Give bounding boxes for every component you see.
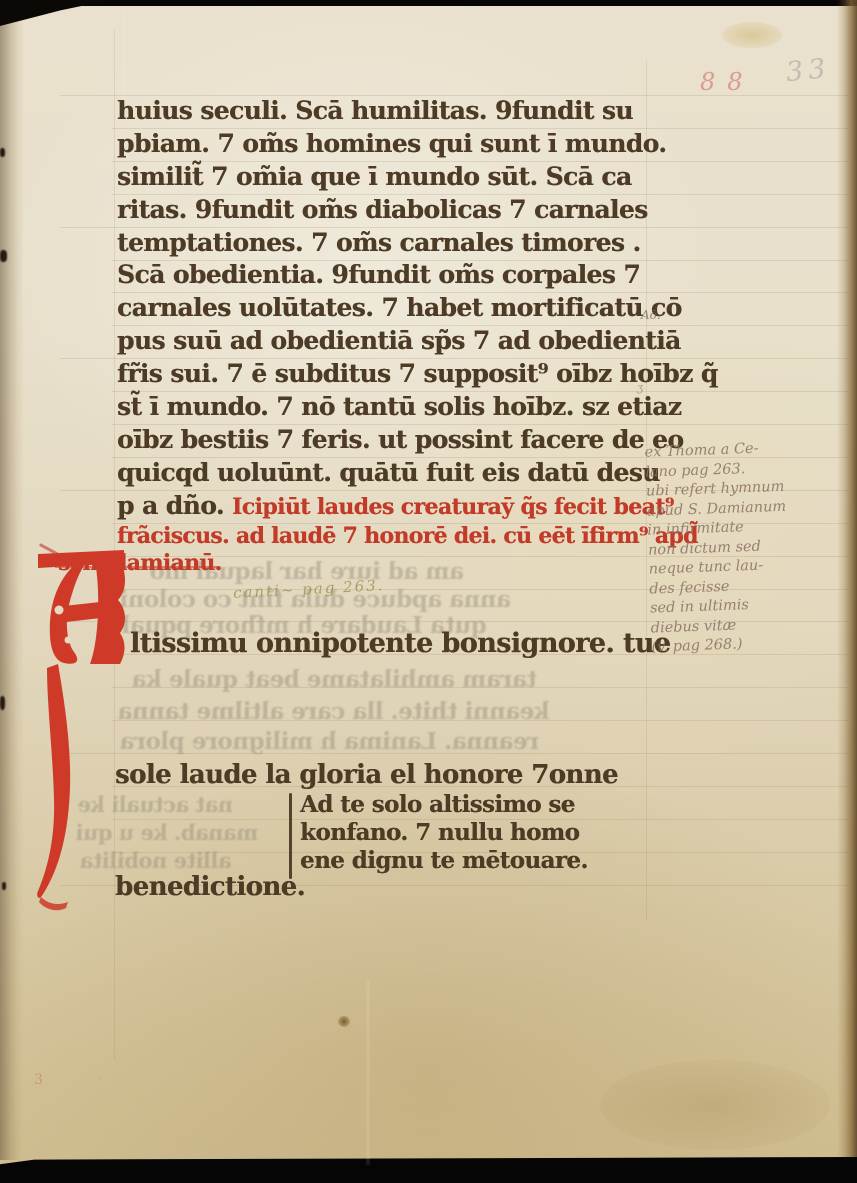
margin-side-mark: Aō. [641,308,661,322]
show-through-line: taram amhilatame beat quale ka [132,666,537,693]
illuminated-initial-A [28,548,128,918]
text-line: fr̃is sui. 7 ē subditus 7 supposit⁹ oībz… [117,358,662,391]
text-line: st̃ ī mundo. 7 nō tantū solis hoībz. sz … [117,391,662,424]
inserted-lines-block: Ad te solo altissimo se konfano. 7 nullu… [300,791,588,875]
stain [600,1060,830,1150]
photo-background-bottom [0,1157,857,1183]
text-line: pbiam. 7 om̃s homines qui sunt ī mundo. [117,128,662,161]
binding-edge [0,0,24,1160]
canticle-inserted-line: ene dignu te mētouare. [300,847,588,875]
text-line: pus suū ad obedientiā sp̃s 7 ad obedient… [117,325,662,358]
show-through-line: reanna. Lanima h milignore plora [120,728,539,755]
ink-stain [338,1016,350,1027]
fold-crease [123,10,125,105]
edge-speck [0,250,7,262]
margin-annotation: ex Thoma a Ce- lano pag 263. ubi refert … [644,436,856,658]
canticle-inserted-line: konfano. 7 nullu homo [300,819,588,847]
quire-dot: · [98,1072,102,1087]
text-line: quicqd uoluūnt. quātū fuit eis datū desu [117,457,662,490]
canticle-first-line: ltissimu onnipotente bonsignore. tue [130,628,670,659]
rubric-line: scm̃ damianū. [58,550,603,577]
text-fragment: p a dño. [117,491,232,520]
rubric-fragment: Icipiūt laudes creaturaȳ q̃s fecit beat⁹ [232,494,674,520]
text-line: temptationes. 7 om̃s carnales timores . [117,227,662,260]
edge-speck [0,696,5,710]
margin-tiny-mark: ʒ [637,381,643,394]
edge-speck [2,882,6,890]
quire-mark: 3 [34,1072,43,1088]
insertion-bracket [289,793,292,879]
text-line: carnales uolūtates. 7 habet mortificatū … [117,292,662,325]
rubric-line: frãciscus. ad laudē 7 honorē dei. cū eēt… [117,523,662,550]
folio-number-red: 88 [700,68,755,96]
folio-number-pencil: 33 [785,53,832,88]
canticle-last-line: benedictione. [115,872,305,902]
show-through-line: keanni thite. lla care altilme tanna [118,698,550,725]
fold-crease [367,980,369,1165]
main-text-block: huius seculi. Scā humilitas. 9fundit su … [117,95,662,577]
stain [722,22,782,48]
manuscript-photo: am ad iure har laqual mo anna apduce dul… [0,0,857,1183]
canticle-inserted-line: Ad te solo altissimo se [300,791,588,819]
text-line: ritas. 9fundit om̃s diabolicas 7 carnale… [117,194,662,227]
text-line-mixed: p a dño. Icipiūt laudes creaturaȳ q̃s fe… [117,490,662,523]
text-line: oībz bestiis 7 feris. ut possint facere … [117,424,662,457]
text-line: Scā obedientia. 9fundit om̃s corpales 7 [117,259,662,292]
text-line: similit̃ 7 om̃ia que ī mundo sūt. Scā ca [117,161,662,194]
edge-speck [0,148,5,157]
canticle-line: sole laude la gloria el honore 7onne [115,760,618,790]
text-line: huius seculi. Scā humilitas. 9fundit su [117,95,662,128]
